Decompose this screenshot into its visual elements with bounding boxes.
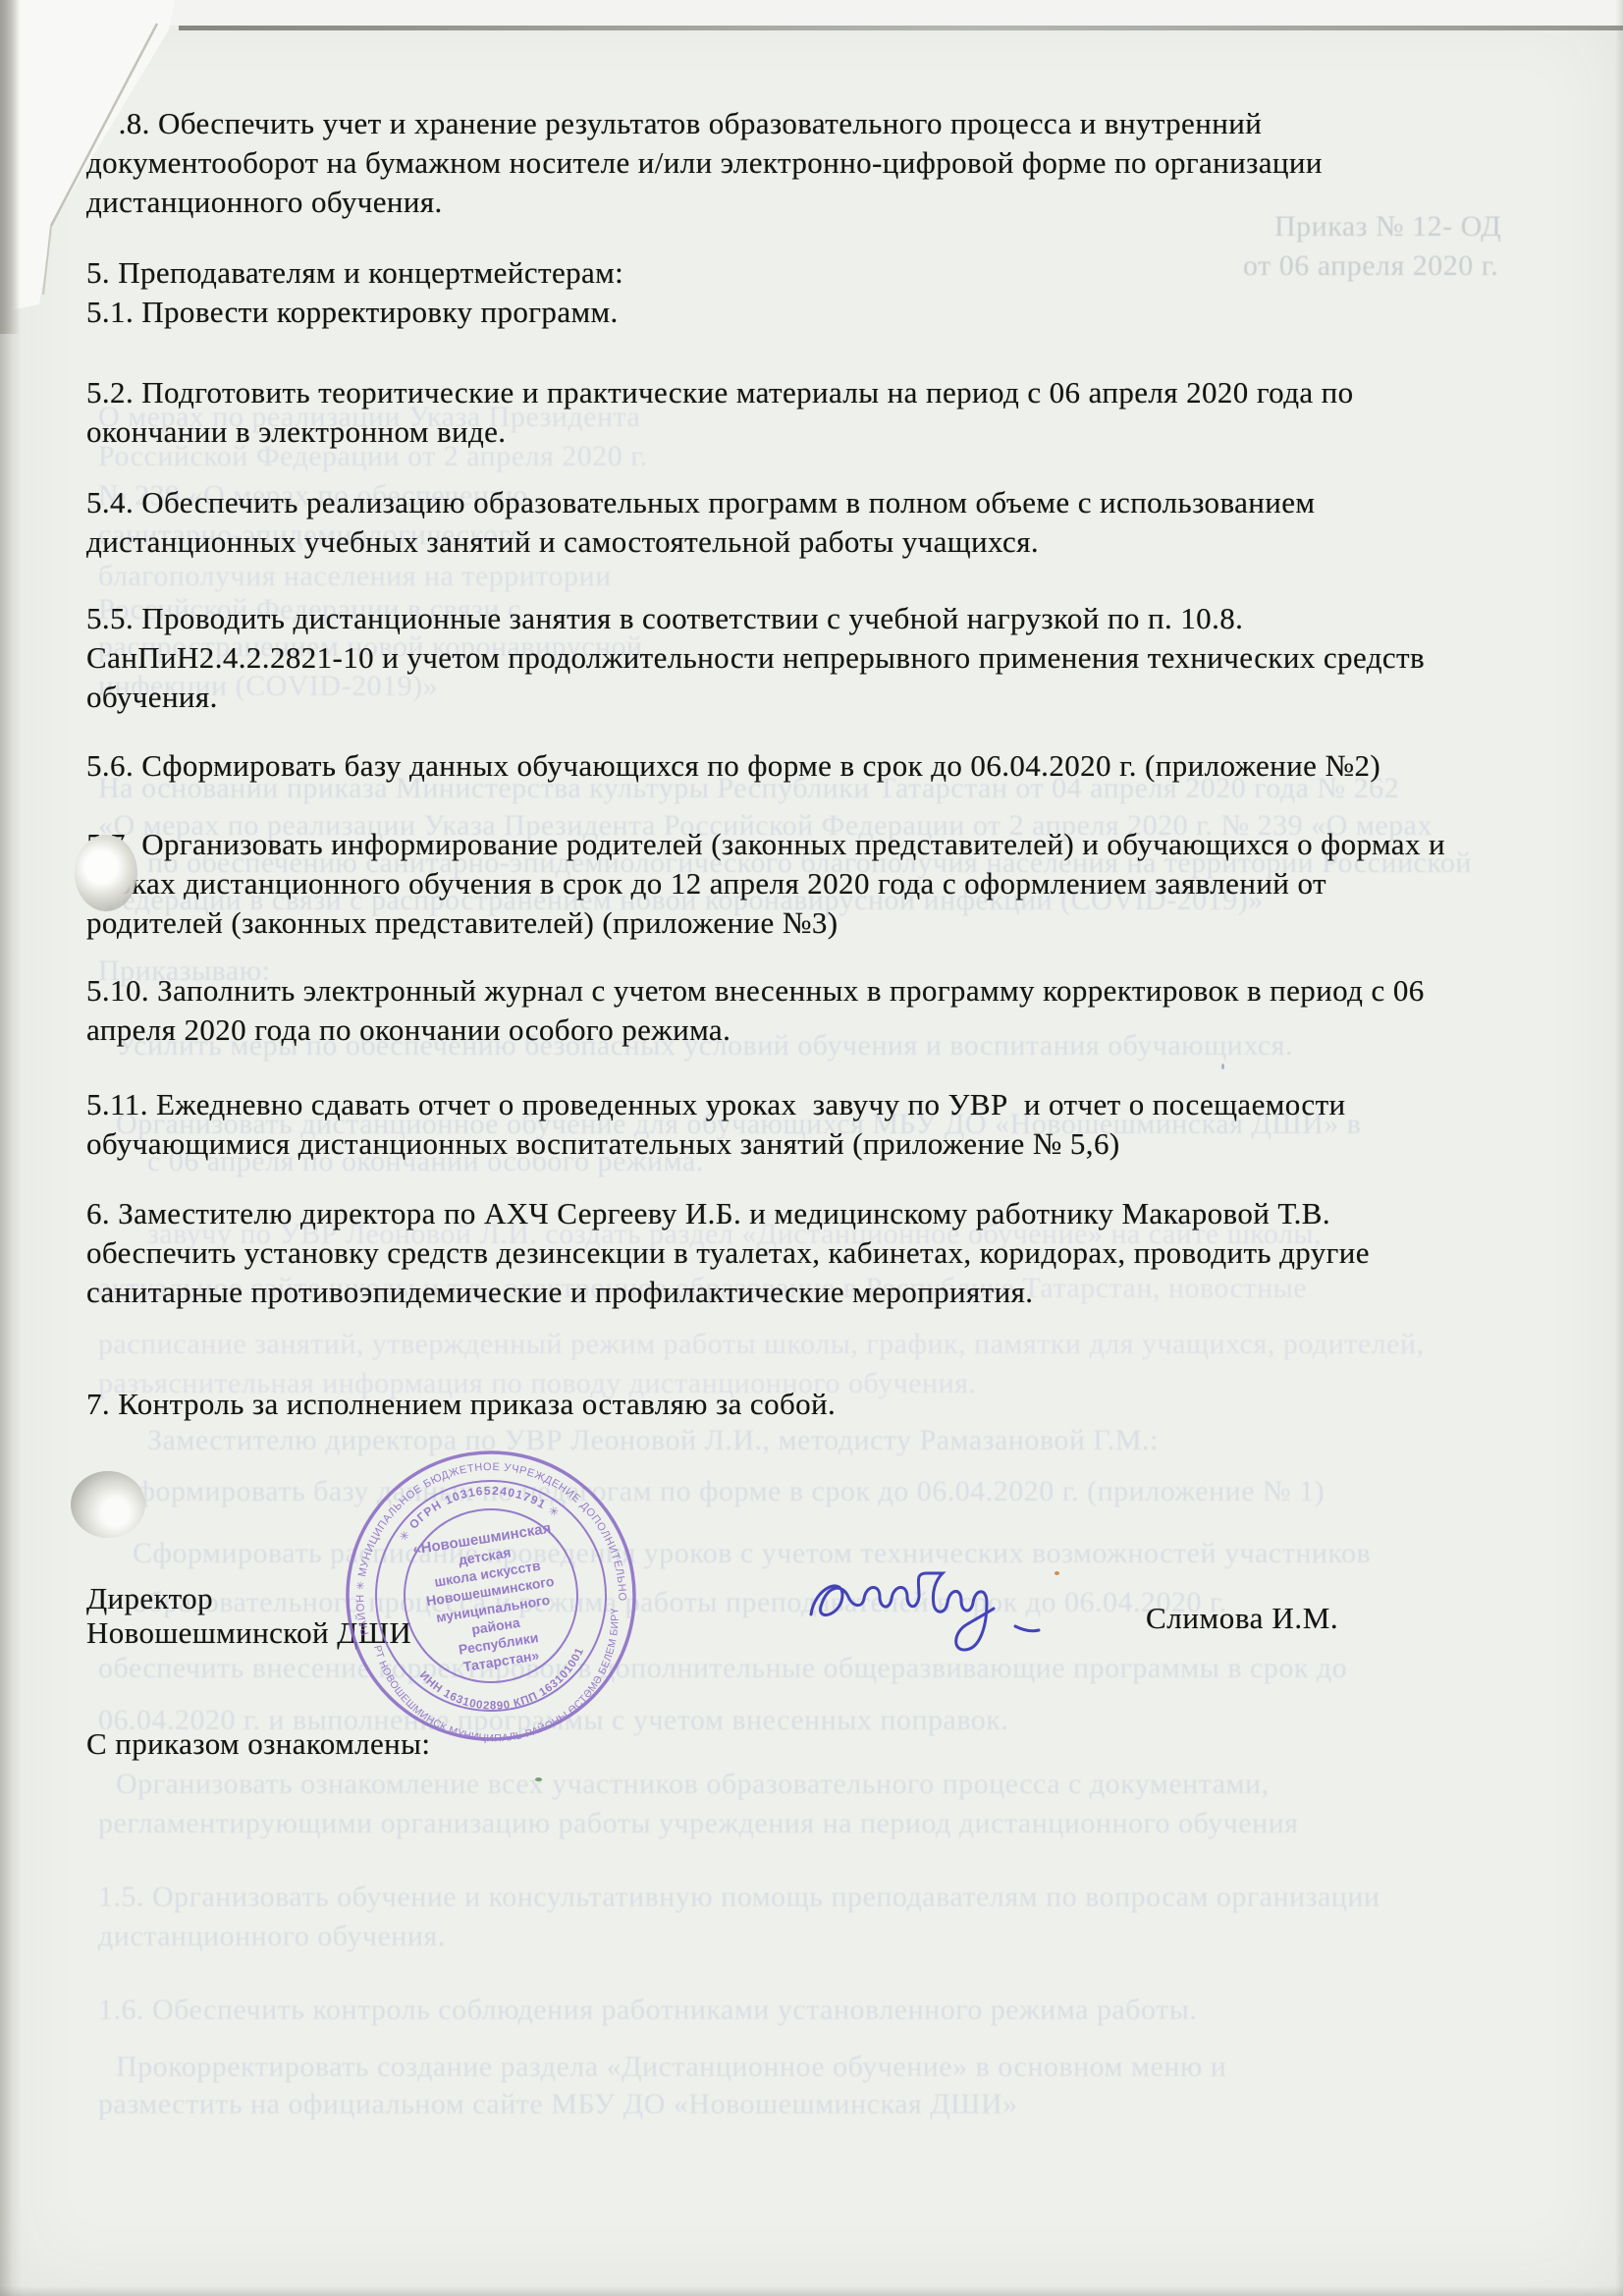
- paragraph-5-1: 5.1. Провести корректировку программ.: [86, 293, 619, 332]
- paragraph-5-2: 5.2. Подготовить теоритические и практич…: [86, 373, 1354, 452]
- paragraph-5-10: 5.10. Заполнить электронный журнал с уче…: [86, 971, 1425, 1050]
- ink-speck-orange: [1055, 1571, 1059, 1575]
- ink-speck-blue: [1221, 1064, 1224, 1069]
- director-title-line1: Директор: [86, 1581, 213, 1616]
- paragraph-7: 7. Контроль за исполнением приказа остав…: [86, 1385, 836, 1424]
- paragraph-5: 5. Преподавателям и концертмейстерам:: [86, 253, 623, 293]
- scan-page-top-edge: [179, 26, 1623, 30]
- ink-speck-green: [535, 1777, 542, 1781]
- paragraph-5-11: 5.11. Ежедневно сдавать отчет о проведен…: [86, 1085, 1346, 1164]
- scan-top-margin: [0, 0, 1623, 26]
- paragraph-4-8: .8. Обеспечить учет и хранение результат…: [86, 104, 1323, 222]
- scanned-order-page: Приказ № 12- ОДот 06 апреля 2020 г.О мер…: [0, 0, 1623, 2296]
- scan-right-edge: [1615, 0, 1623, 2296]
- paragraph-5-7: 5.7. Организовать информирование родител…: [86, 825, 1445, 943]
- scan-bottom-edge: [0, 2286, 1623, 2296]
- director-signature: [793, 1554, 1058, 1681]
- official-seal-stamp: МУНИЦИПАЛЬНЫЙ РАЙОН ✳ МУНИЦИПАЛЬНОЕ БЮДЖ…: [322, 1427, 659, 1764]
- paragraph-5-4: 5.4. Обеспечить реализацию образовательн…: [86, 483, 1315, 562]
- paragraph-6: 6. Заместителю директора по АХЧ Сергееву…: [86, 1194, 1370, 1312]
- signer-name: Слимова И.М.: [1146, 1601, 1338, 1636]
- paragraph-5-5: 5.5. Проводить дистанционные занятия в с…: [86, 599, 1425, 717]
- document-text-layer: .8. Обеспечить учет и хранение результат…: [0, 0, 1623, 2296]
- paragraph-5-6: 5.6. Сформировать базу данных обучающихс…: [86, 746, 1380, 786]
- seal-center-text: «Новошешминская детская школа искусств Н…: [411, 1520, 571, 1679]
- scan-left-edge: [0, 0, 22, 2296]
